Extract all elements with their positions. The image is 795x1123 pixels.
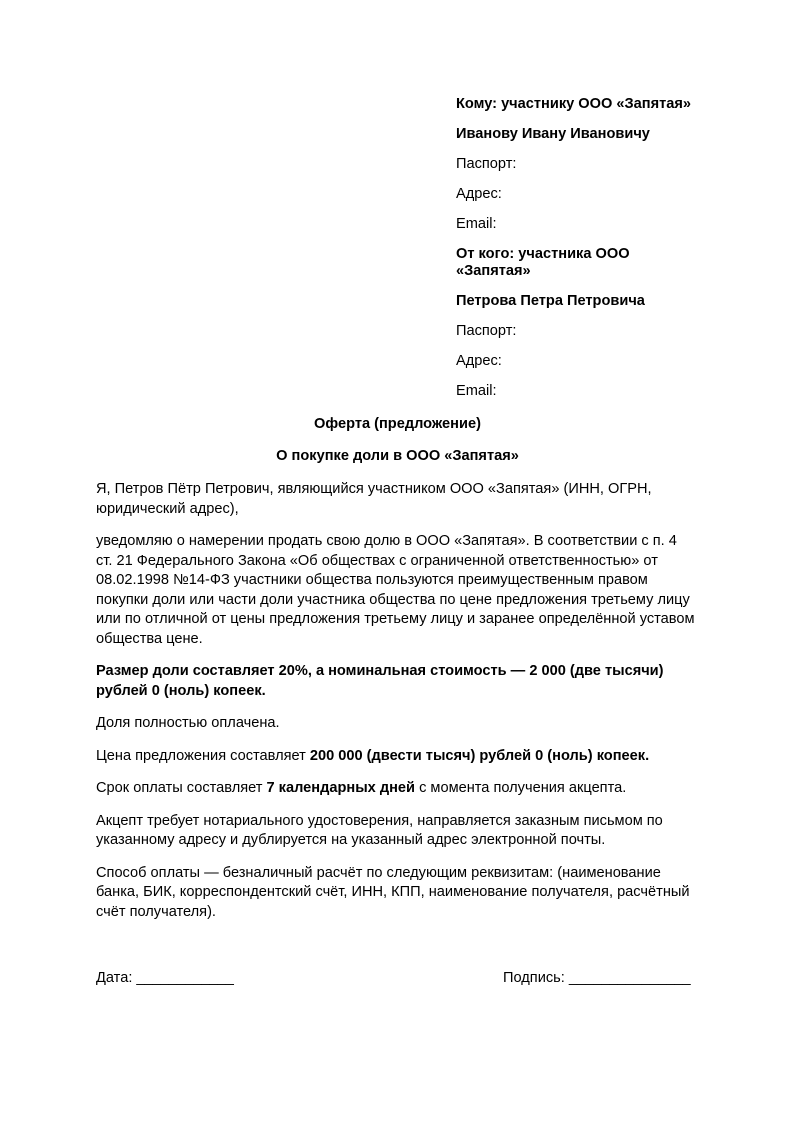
recipient-passport: Паспорт: xyxy=(456,156,716,173)
sender-from-line-2: «Запятая» xyxy=(456,263,531,279)
payment-line: банка, БИК, корреспондентский счёт, ИНН,… xyxy=(96,884,690,900)
price-prefix: Цена предложения составляет xyxy=(96,748,310,764)
notice-line: общества цене. xyxy=(96,631,203,647)
paid-status-paragraph: Доля полностью оплачена. xyxy=(96,714,706,734)
term-suffix: с момента получения акцепта. xyxy=(415,780,626,796)
acceptance-line-2: указанному адресу и дублируется на указа… xyxy=(96,832,605,848)
offer-document-page: Кому: участнику ООО «Запятая» Иванову Ив… xyxy=(0,0,795,1123)
intro-line-2: юридический адрес), xyxy=(96,501,239,517)
document-subject: О покупке доли в ООО «Запятая» xyxy=(0,448,795,465)
recipient-name: Иванову Ивану Ивановичу xyxy=(456,126,716,143)
sender-address: Адрес: xyxy=(456,353,716,370)
notice-line: уведомляю о намерении продать свою долю … xyxy=(96,533,677,549)
document-body: Я, Петров Пётр Петрович, являющийся учас… xyxy=(96,480,706,935)
signature-field: Подпись: _______________ xyxy=(503,970,691,987)
recipient-email: Email: xyxy=(456,216,716,233)
notice-line: 08.02.1998 №14-ФЗ участники общества пол… xyxy=(96,572,648,588)
share-size-line-1: Размер доли составляет 20%, а номинальна… xyxy=(96,663,664,679)
notice-line: ст. 21 Федерального Закона «Об обществах… xyxy=(96,553,658,569)
price-paragraph: Цена предложения составляет 200 000 (две… xyxy=(96,747,706,767)
payment-method-paragraph: Способ оплаты — безналичный расчёт по сл… xyxy=(96,864,706,923)
addressee-block: Кому: участнику ООО «Запятая» Иванову Ив… xyxy=(456,96,716,413)
sender-from-line: От кого: участника ООО«Запятая» xyxy=(456,246,716,280)
share-size-line-2: рублей 0 (ноль) копеек. xyxy=(96,683,266,699)
term-paragraph: Срок оплаты составляет 7 календарных дне… xyxy=(96,779,706,799)
notice-line: или по отличной от цены предложения трет… xyxy=(96,611,695,627)
price-value: 200 000 (двести тысяч) рублей 0 (ноль) к… xyxy=(310,748,649,764)
acceptance-paragraph: Акцепт требует нотариального удостоверен… xyxy=(96,812,706,851)
signature-row: Дата: ____________ Подпись: ____________… xyxy=(96,970,696,990)
recipient-to-line: Кому: участнику ООО «Запятая» xyxy=(456,96,716,113)
sender-name: Петрова Петра Петровича xyxy=(456,293,716,310)
recipient-address: Адрес: xyxy=(456,186,716,203)
document-title: Оферта (предложение) xyxy=(0,416,795,433)
payment-line: Способ оплаты — безналичный расчёт по сл… xyxy=(96,865,661,881)
notice-line: покупки доли или части доли участника об… xyxy=(96,592,690,608)
payment-line: счёт получателя). xyxy=(96,904,216,920)
sender-from-line-1: От кого: участника ООО xyxy=(456,246,630,262)
sender-passport: Паспорт: xyxy=(456,323,716,340)
sender-email: Email: xyxy=(456,383,716,400)
term-prefix: Срок оплаты составляет xyxy=(96,780,267,796)
intro-line-1: Я, Петров Пётр Петрович, являющийся учас… xyxy=(96,481,652,497)
intro-paragraph: Я, Петров Пётр Петрович, являющийся учас… xyxy=(96,480,706,519)
share-size-paragraph: Размер доли составляет 20%, а номинальна… xyxy=(96,662,706,701)
notice-paragraph: уведомляю о намерении продать свою долю … xyxy=(96,532,706,649)
acceptance-line-1: Акцепт требует нотариального удостоверен… xyxy=(96,813,663,829)
term-value: 7 календарных дней xyxy=(267,780,416,796)
date-field: Дата: ____________ xyxy=(96,970,234,987)
